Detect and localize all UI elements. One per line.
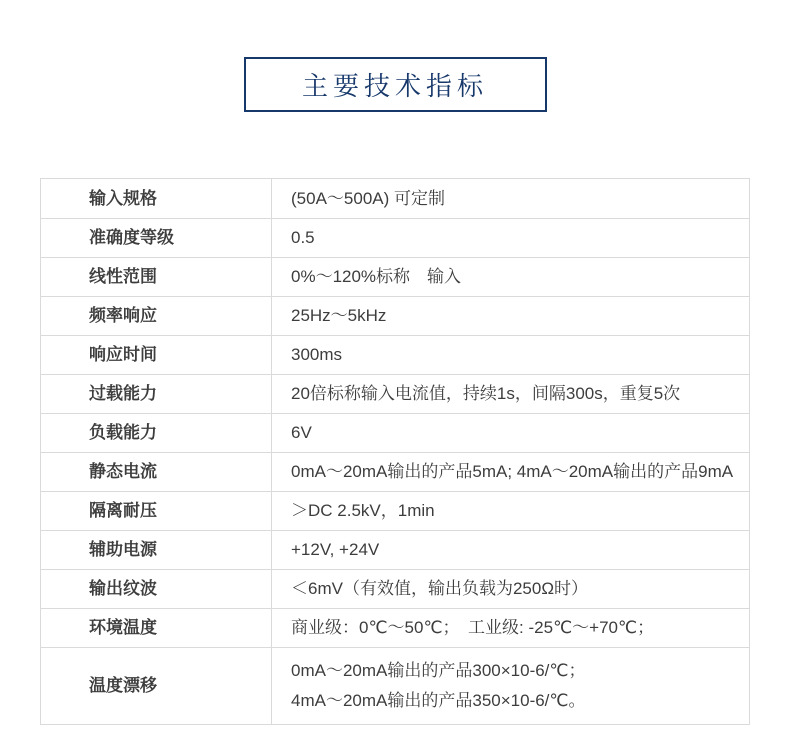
table-row: 温度漂移 0mA～20mA输出的产品300×10-6/℃； 4mA～20mA输出… [41, 647, 749, 724]
table-row: 输出纹波 ＜6mV（有效值，输出负载为250Ω时） [41, 569, 749, 608]
spec-section-page: 主要技术指标 输入规格 (50A～500A) 可定制 准确度等级 0.5 线性范… [0, 57, 790, 725]
table-row: 过载能力 20倍标称输入电流值，持续1s，间隔300s，重复5次 [41, 374, 749, 413]
table-row: 线性范围 0%～120%标称 输入 [41, 257, 749, 296]
spec-label: 静态电流 [41, 453, 272, 491]
spec-value: 0.5 [272, 219, 749, 257]
spec-label: 响应时间 [41, 336, 272, 374]
spec-label: 频率响应 [41, 297, 272, 335]
spec-value: 20倍标称输入电流值，持续1s，间隔300s，重复5次 [272, 375, 749, 413]
spec-value: 0mA～20mA输出的产品5mA; 4mA～20mA输出的产品9mA [272, 453, 749, 491]
spec-label: 过载能力 [41, 375, 272, 413]
spec-value: 300ms [272, 336, 749, 374]
table-row: 输入规格 (50A～500A) 可定制 [41, 179, 749, 218]
spec-value: +12V, +24V [272, 531, 749, 569]
table-row: 准确度等级 0.5 [41, 218, 749, 257]
spec-value: 商业级：0℃～50℃； 工业级: -25℃～+70℃； [272, 609, 749, 647]
spec-label: 负载能力 [41, 414, 272, 452]
spec-value: ＜6mV（有效值，输出负载为250Ω时） [272, 570, 749, 608]
spec-label: 环境温度 [41, 609, 272, 647]
table-row: 隔离耐压 ＞DC 2.5kV，1min [41, 491, 749, 530]
spec-label: 输入规格 [41, 179, 272, 218]
spec-label: 温度漂移 [41, 648, 272, 724]
spec-value: 6V [272, 414, 749, 452]
spec-value: (50A～500A) 可定制 [272, 179, 749, 218]
table-row: 辅助电源 +12V, +24V [41, 530, 749, 569]
section-title-box: 主要技术指标 [244, 57, 547, 112]
section-title: 主要技术指标 [302, 66, 488, 103]
spec-label: 准确度等级 [41, 219, 272, 257]
spec-label: 辅助电源 [41, 531, 272, 569]
table-row: 静态电流 0mA～20mA输出的产品5mA; 4mA～20mA输出的产品9mA [41, 452, 749, 491]
table-row: 环境温度 商业级：0℃～50℃； 工业级: -25℃～+70℃； [41, 608, 749, 647]
spec-value: 0mA～20mA输出的产品300×10-6/℃； 4mA～20mA输出的产品35… [272, 648, 749, 724]
spec-label: 输出纹波 [41, 570, 272, 608]
spec-value: ＞DC 2.5kV，1min [272, 492, 749, 530]
spec-label: 隔离耐压 [41, 492, 272, 530]
spec-table: 输入规格 (50A～500A) 可定制 准确度等级 0.5 线性范围 0%～12… [40, 178, 750, 725]
table-row: 频率响应 25Hz～5kHz [41, 296, 749, 335]
spec-label: 线性范围 [41, 258, 272, 296]
spec-value: 25Hz～5kHz [272, 297, 749, 335]
table-row: 负载能力 6V [41, 413, 749, 452]
spec-value: 0%～120%标称 输入 [272, 258, 749, 296]
table-row: 响应时间 300ms [41, 335, 749, 374]
